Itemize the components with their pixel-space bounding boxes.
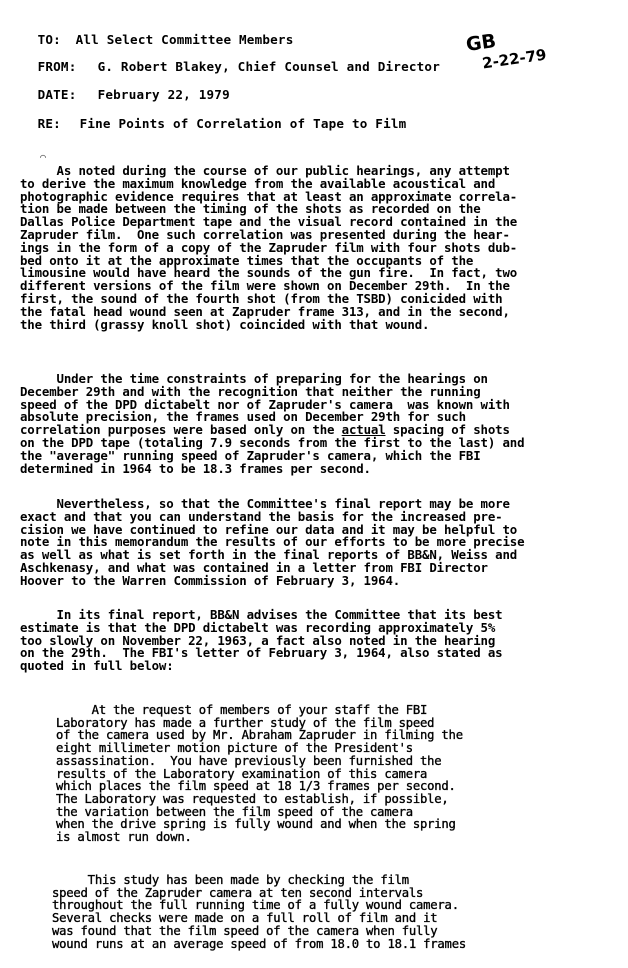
memo-to-line: TO:All Select Committee Members — [22, 17, 293, 47]
text-line: determined in 1964 to be 18.3 frames per… — [20, 463, 524, 476]
text-line: was found that the film speed of the cam… — [52, 925, 466, 938]
text-line: assassination. You have previously been … — [56, 755, 463, 768]
text-line: eight millimeter motion picture of the P… — [56, 742, 463, 755]
paragraph-1: As noted during the course of our public… — [20, 165, 517, 331]
paragraph-3: Nevertheless, so that the Committee's fi… — [20, 498, 524, 588]
memo-from-line: FROM:G. Robert Blakey, Chief Counsel and… — [22, 44, 440, 74]
date-value: February 22, 1979 — [98, 87, 230, 102]
text-line: wound runs at an average speed of from 1… — [52, 938, 466, 951]
text-line: is almost run down. — [56, 831, 463, 844]
text-line: At the request of members of your staff … — [56, 704, 463, 717]
text-line: The Laboratory was requested to establis… — [56, 793, 463, 806]
paragraph-4: In its final report, BB&N advises the Co… — [20, 609, 502, 673]
text-line: This study has been made by checking the… — [52, 874, 466, 887]
stray-mark: ⌒ — [40, 152, 46, 163]
quoted-paragraph-2: This study has been made by checking the… — [52, 874, 466, 950]
date-label: DATE: — [38, 87, 98, 102]
re-label: RE: — [38, 116, 80, 131]
text-line: quoted in full below: — [20, 660, 502, 673]
re-value: Fine Points of Correlation of Tape to Fi… — [80, 116, 407, 131]
text-line: Several checks were made on a full roll … — [52, 912, 466, 925]
memo-date-line: DATE:February 22, 1979 — [22, 72, 230, 102]
text-line: Hoover to the Warren Commission of Febru… — [20, 575, 524, 588]
memo-re-line: RE:Fine Points of Correlation of Tape to… — [22, 101, 406, 131]
paragraph-2: Under the time constraints of preparing … — [20, 373, 524, 475]
quoted-paragraph-1: At the request of members of your staff … — [56, 704, 463, 844]
text-line: the third (grassy knoll shot) coincided … — [20, 319, 517, 332]
